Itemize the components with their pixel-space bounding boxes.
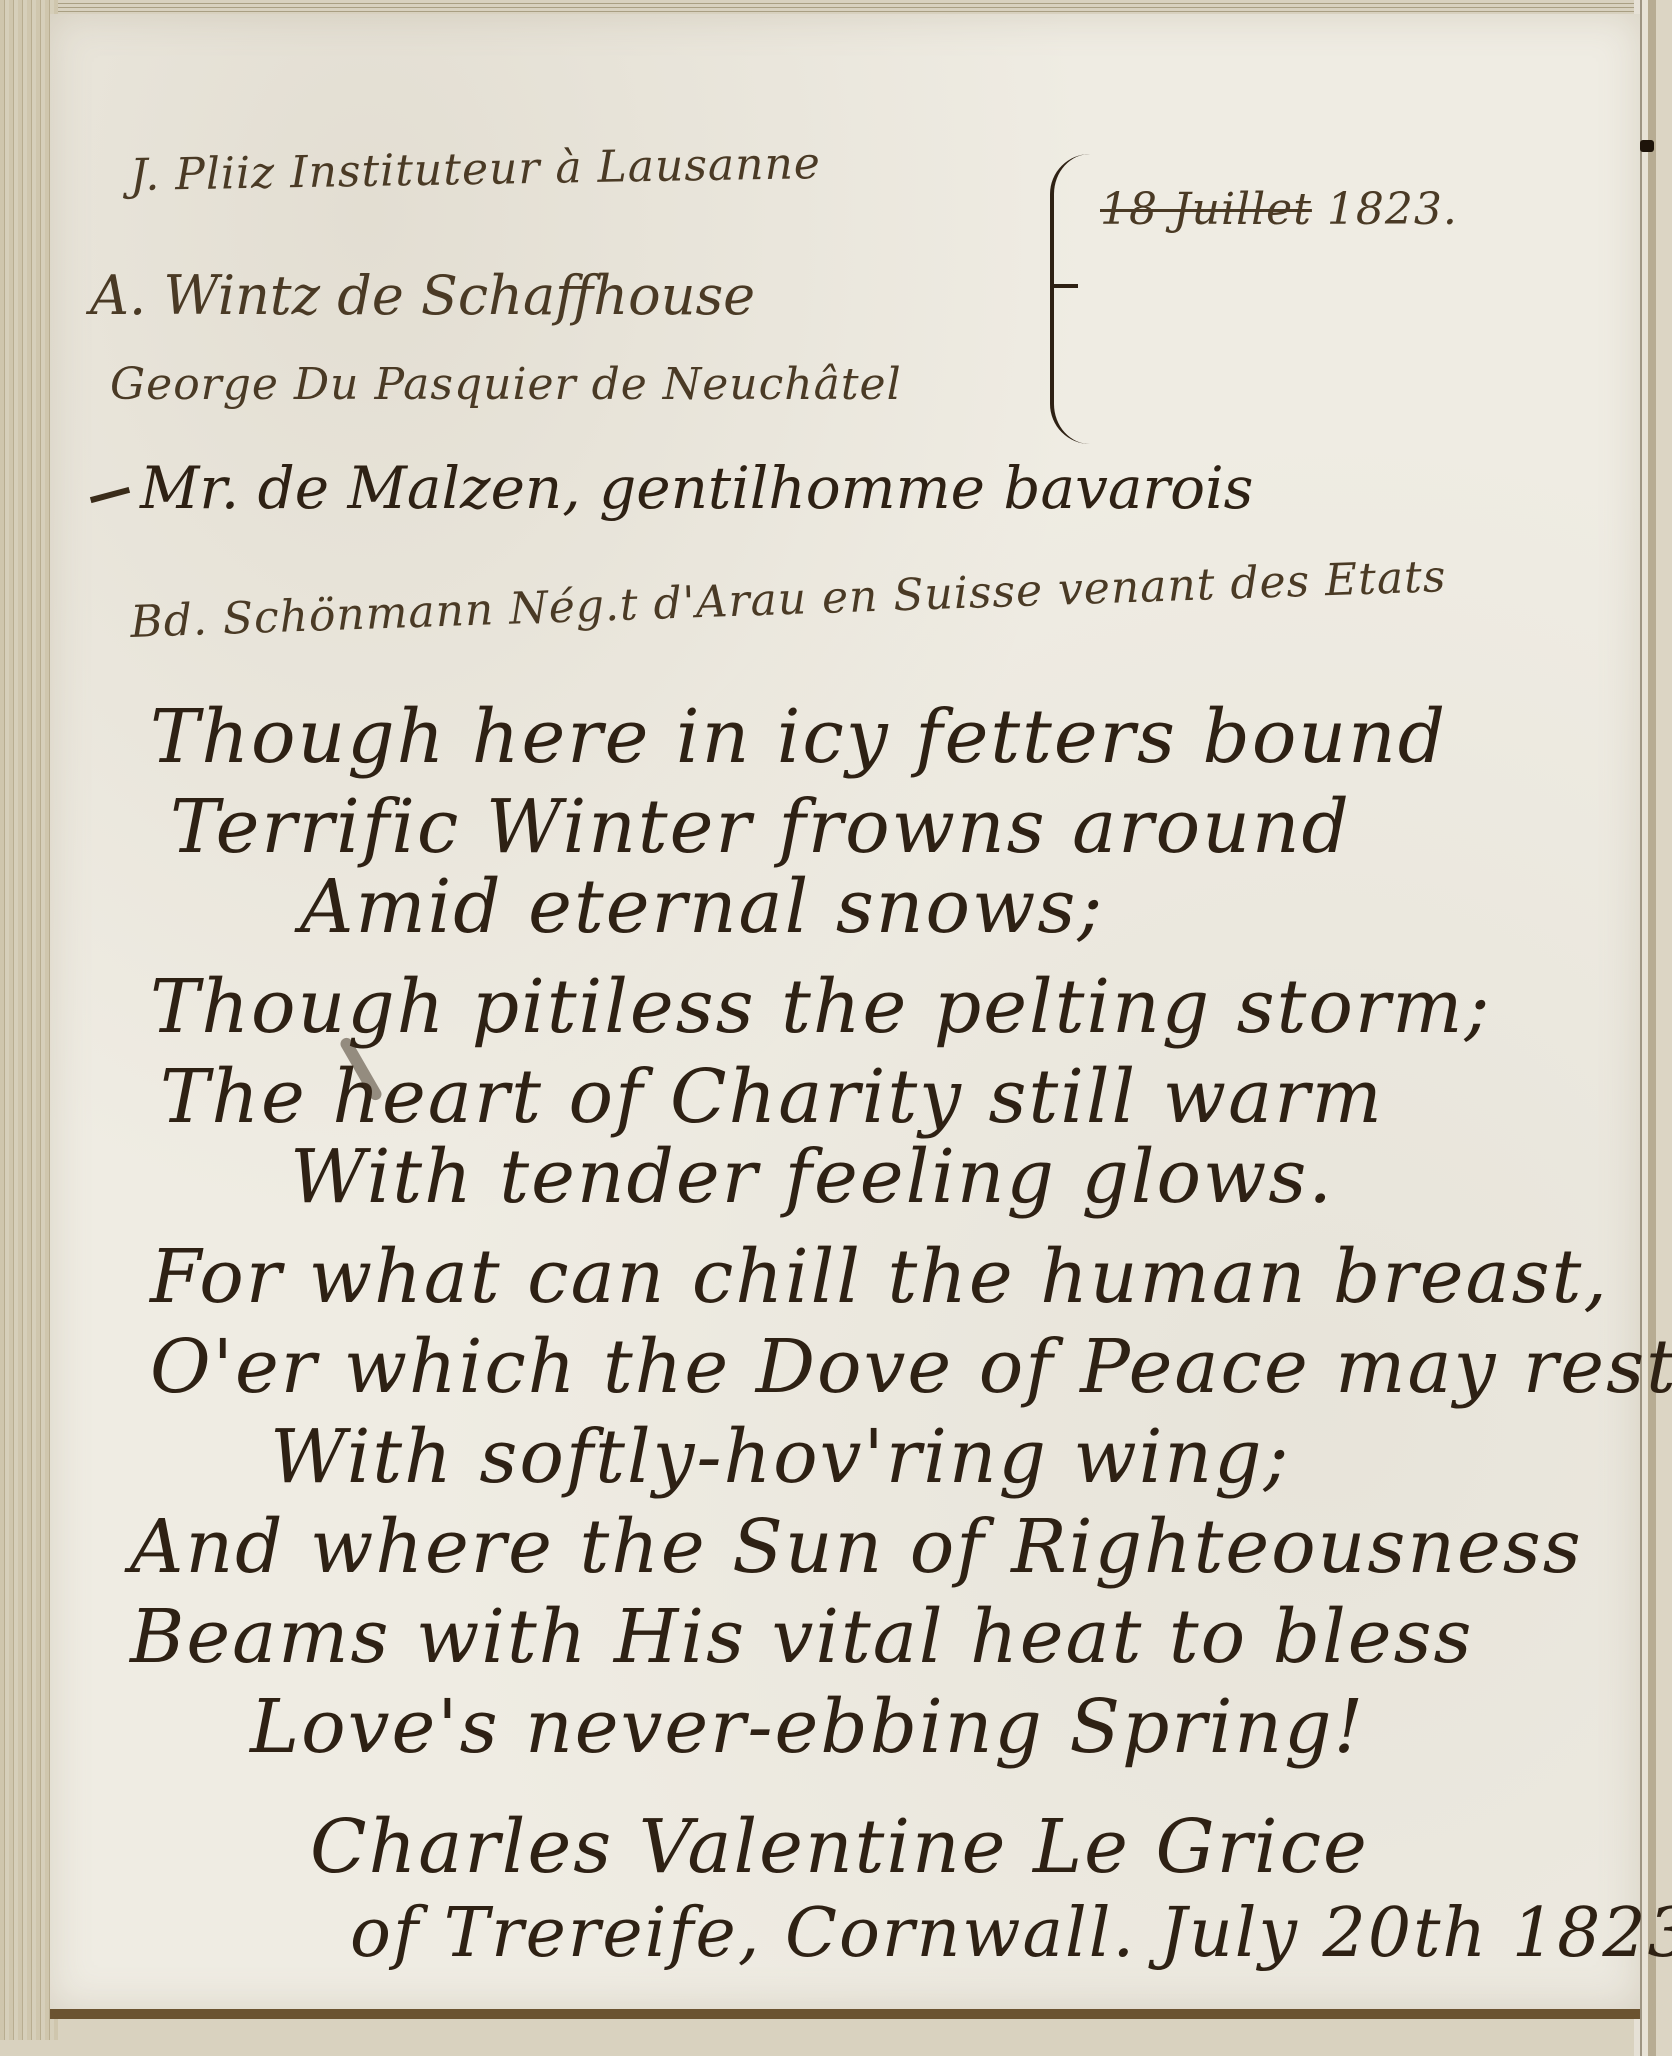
binding-ink-blot — [1640, 140, 1654, 152]
poem-line-3: Amid eternal snows; — [300, 864, 1104, 950]
poem-line-7: For what can chill the human breast, — [150, 1234, 1609, 1320]
poem-line-6: With tender feeling glows. — [290, 1134, 1334, 1220]
poem-line-8: O'er which the Dove of Peace may rest — [150, 1324, 1672, 1410]
header-entry-du-pasquier: George Du Pasquier de Neuchâtel — [110, 359, 902, 410]
header-entry-pliiz: J. Pliiz Instituteur à Lausanne — [130, 138, 822, 201]
header-entry-wintz: A. Wintz de Schaffhouse — [90, 264, 755, 327]
visitor-line-malzen: Mr. de Malzen, gentilhomme bavarois — [140, 454, 1253, 522]
poem-line-10: And where the Sun of Righteousness — [130, 1504, 1583, 1590]
poem-line-4: Though pitiless the pelting storm; — [150, 964, 1491, 1050]
date-year: 1823. — [1327, 184, 1458, 235]
visitor-line-schonmann: Bd. Schönmann Nég.t d'Arau en Suisse ven… — [130, 551, 1448, 648]
poem-line-11: Beams with His vital heat to bless — [130, 1594, 1474, 1680]
bracket-brace-icon — [1050, 154, 1094, 444]
signature-place: of Trereife, Cornwall. — [350, 1894, 1136, 1973]
signature-name: Charles Valentine Le Grice — [310, 1804, 1369, 1890]
manuscript-page: J. Pliiz Instituteur à Lausanne A. Wintz… — [50, 14, 1640, 2019]
page-stack: J. Pliiz Instituteur à Lausanne A. Wintz… — [0, 0, 1672, 2056]
poem-line-2: Terrific Winter frowns around — [170, 784, 1351, 870]
signature-place-date: of Trereife, Cornwall. July 20th 1823 &c… — [350, 1894, 1672, 1973]
signature-date: July 20th 1823 — [1160, 1894, 1672, 1973]
poem-line-9: With softly-hov'ring wing; — [270, 1414, 1290, 1500]
bracket-date: 18 Juillet 1823. — [1100, 184, 1458, 235]
poem-line-5: The heart of Charity still warm — [160, 1054, 1384, 1140]
margin-dash-mark — [90, 487, 130, 503]
bracket-tip — [1054, 284, 1078, 288]
struck-date: 18 Juillet — [1100, 184, 1312, 235]
poem-line-12: Love's never-ebbing Spring! — [250, 1684, 1365, 1770]
poem-line-1: Though here in icy fetters bound — [150, 694, 1447, 780]
